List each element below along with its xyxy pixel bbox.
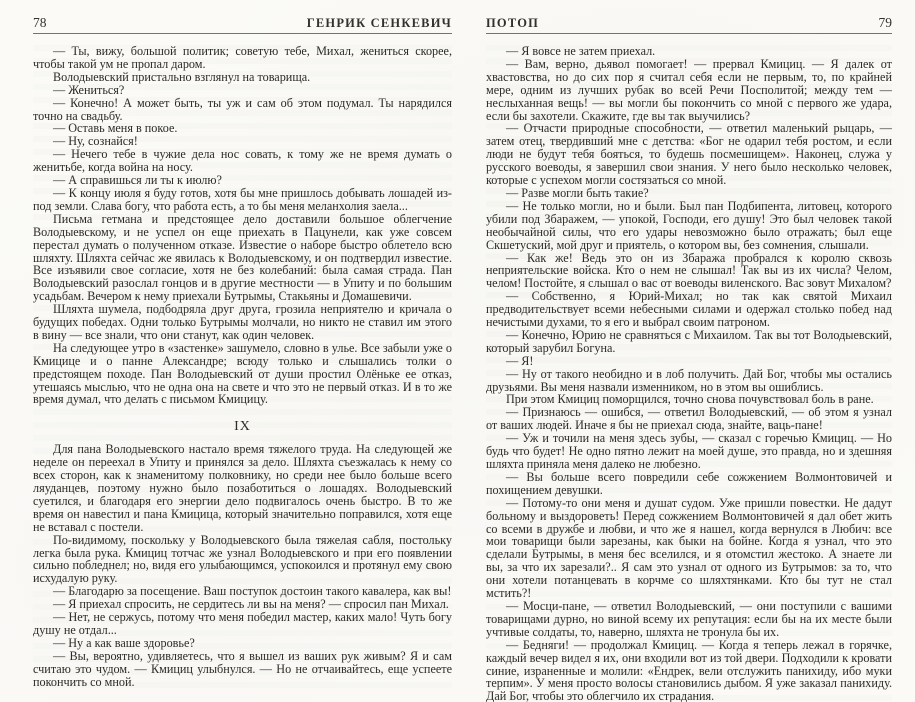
paragraph: — Вы, вероятно, удивляетесь, что я вышел… bbox=[33, 650, 452, 689]
paragraph: — Ну а как ваше здоровье? bbox=[33, 637, 452, 650]
page-number-left: 78 bbox=[33, 16, 47, 30]
header-rule-left bbox=[33, 33, 452, 34]
page-number-right: 79 bbox=[879, 16, 893, 30]
paragraph: Шляхта шумела, подбодряла друг друга, гр… bbox=[33, 303, 452, 342]
page-right: ПОТОП 79 — Я вовсе не затем приехал.— Ва… bbox=[486, 16, 892, 702]
paragraph: По-видимому, поскольку у Володыевского б… bbox=[33, 534, 452, 586]
page-left: 78 ГЕНРИК СЕНКЕВИЧ — Ты, вижу, большой п… bbox=[33, 16, 452, 689]
paragraph: — Ты, вижу, большой политик; советую теб… bbox=[33, 45, 452, 71]
paragraph: — Конечно, Юрию не сравняться с Михаилом… bbox=[486, 329, 892, 355]
paragraph: — Конечно! А может быть, ты уж и сам об … bbox=[33, 97, 452, 123]
paragraph: — Потому-то они меня и душат судом. Уже … bbox=[486, 497, 892, 600]
paragraph: — Вам, верно, дьявол помогает! — прервал… bbox=[486, 58, 892, 123]
running-title-left: ГЕНРИК СЕНКЕВИЧ bbox=[307, 16, 452, 30]
paragraph: — К концу июля я буду готов, хотя бы мне… bbox=[33, 187, 452, 213]
paragraph: — Жениться? bbox=[33, 84, 452, 97]
paragraph: Письма гетмана и предстоящее дело достав… bbox=[33, 213, 452, 303]
paragraph: На следующее утро в «застенке» зашумело,… bbox=[33, 342, 452, 407]
paragraph: — Отчасти природные способности, — ответ… bbox=[486, 122, 892, 187]
book-spread: 78 ГЕНРИК СЕНКЕВИЧ — Ты, вижу, большой п… bbox=[0, 0, 915, 702]
running-head-left: 78 ГЕНРИК СЕНКЕВИЧ bbox=[33, 16, 452, 30]
paragraph: — Разве могли быть такие? bbox=[486, 187, 892, 200]
header-rule-right bbox=[486, 33, 892, 34]
paragraph: — Нечего тебе в чужие дела нос совать, к… bbox=[33, 148, 452, 174]
paragraph: — Не только могли, но и были. Был пан По… bbox=[486, 200, 892, 252]
running-head-right: ПОТОП 79 bbox=[486, 16, 892, 30]
page-body-right: — Я вовсе не затем приехал.— Вам, верно,… bbox=[486, 45, 892, 702]
paragraph: — Вы больше всего повредили себе сожжени… bbox=[486, 471, 892, 497]
paragraph: Володыевский пристально взглянул на това… bbox=[33, 71, 452, 84]
paragraph: — Собственно, я Юрий-Михал; но так как с… bbox=[486, 290, 892, 329]
chapter-heading: IX bbox=[33, 421, 452, 434]
paragraph: — Мосци-пане, — ответил Володыевский, — … bbox=[486, 600, 892, 639]
paragraph: — Я! bbox=[486, 355, 892, 368]
paragraph: — Ну от такого необидно и в лоб получить… bbox=[486, 368, 892, 394]
paragraph: — Признаюсь — ошибся, — ответил Володыев… bbox=[486, 406, 892, 432]
paragraph: — Бедняги! — продолжал Кмициц. — Когда я… bbox=[486, 639, 892, 702]
text-block-after-chapter: Для пана Володыевского настало время тяж… bbox=[33, 443, 452, 688]
paragraph: Для пана Володыевского настало время тяж… bbox=[33, 443, 452, 533]
paragraph: — Я вовсе не затем приехал. bbox=[486, 45, 892, 58]
paragraph: — Нет, не сержусь, потому что меня побед… bbox=[33, 611, 452, 637]
page-body-left: — Ты, вижу, большой политик; советую теб… bbox=[33, 45, 452, 689]
paragraph: — Уж и точили на меня здесь зубы, — сказ… bbox=[486, 432, 892, 471]
paragraph: — Как же! Ведь это он из Збаража пробрал… bbox=[486, 252, 892, 291]
running-title-right: ПОТОП bbox=[486, 16, 539, 30]
text-block: — Я вовсе не затем приехал.— Вам, верно,… bbox=[486, 45, 892, 702]
text-block-before-chapter: — Ты, вижу, большой политик; советую теб… bbox=[33, 45, 452, 406]
